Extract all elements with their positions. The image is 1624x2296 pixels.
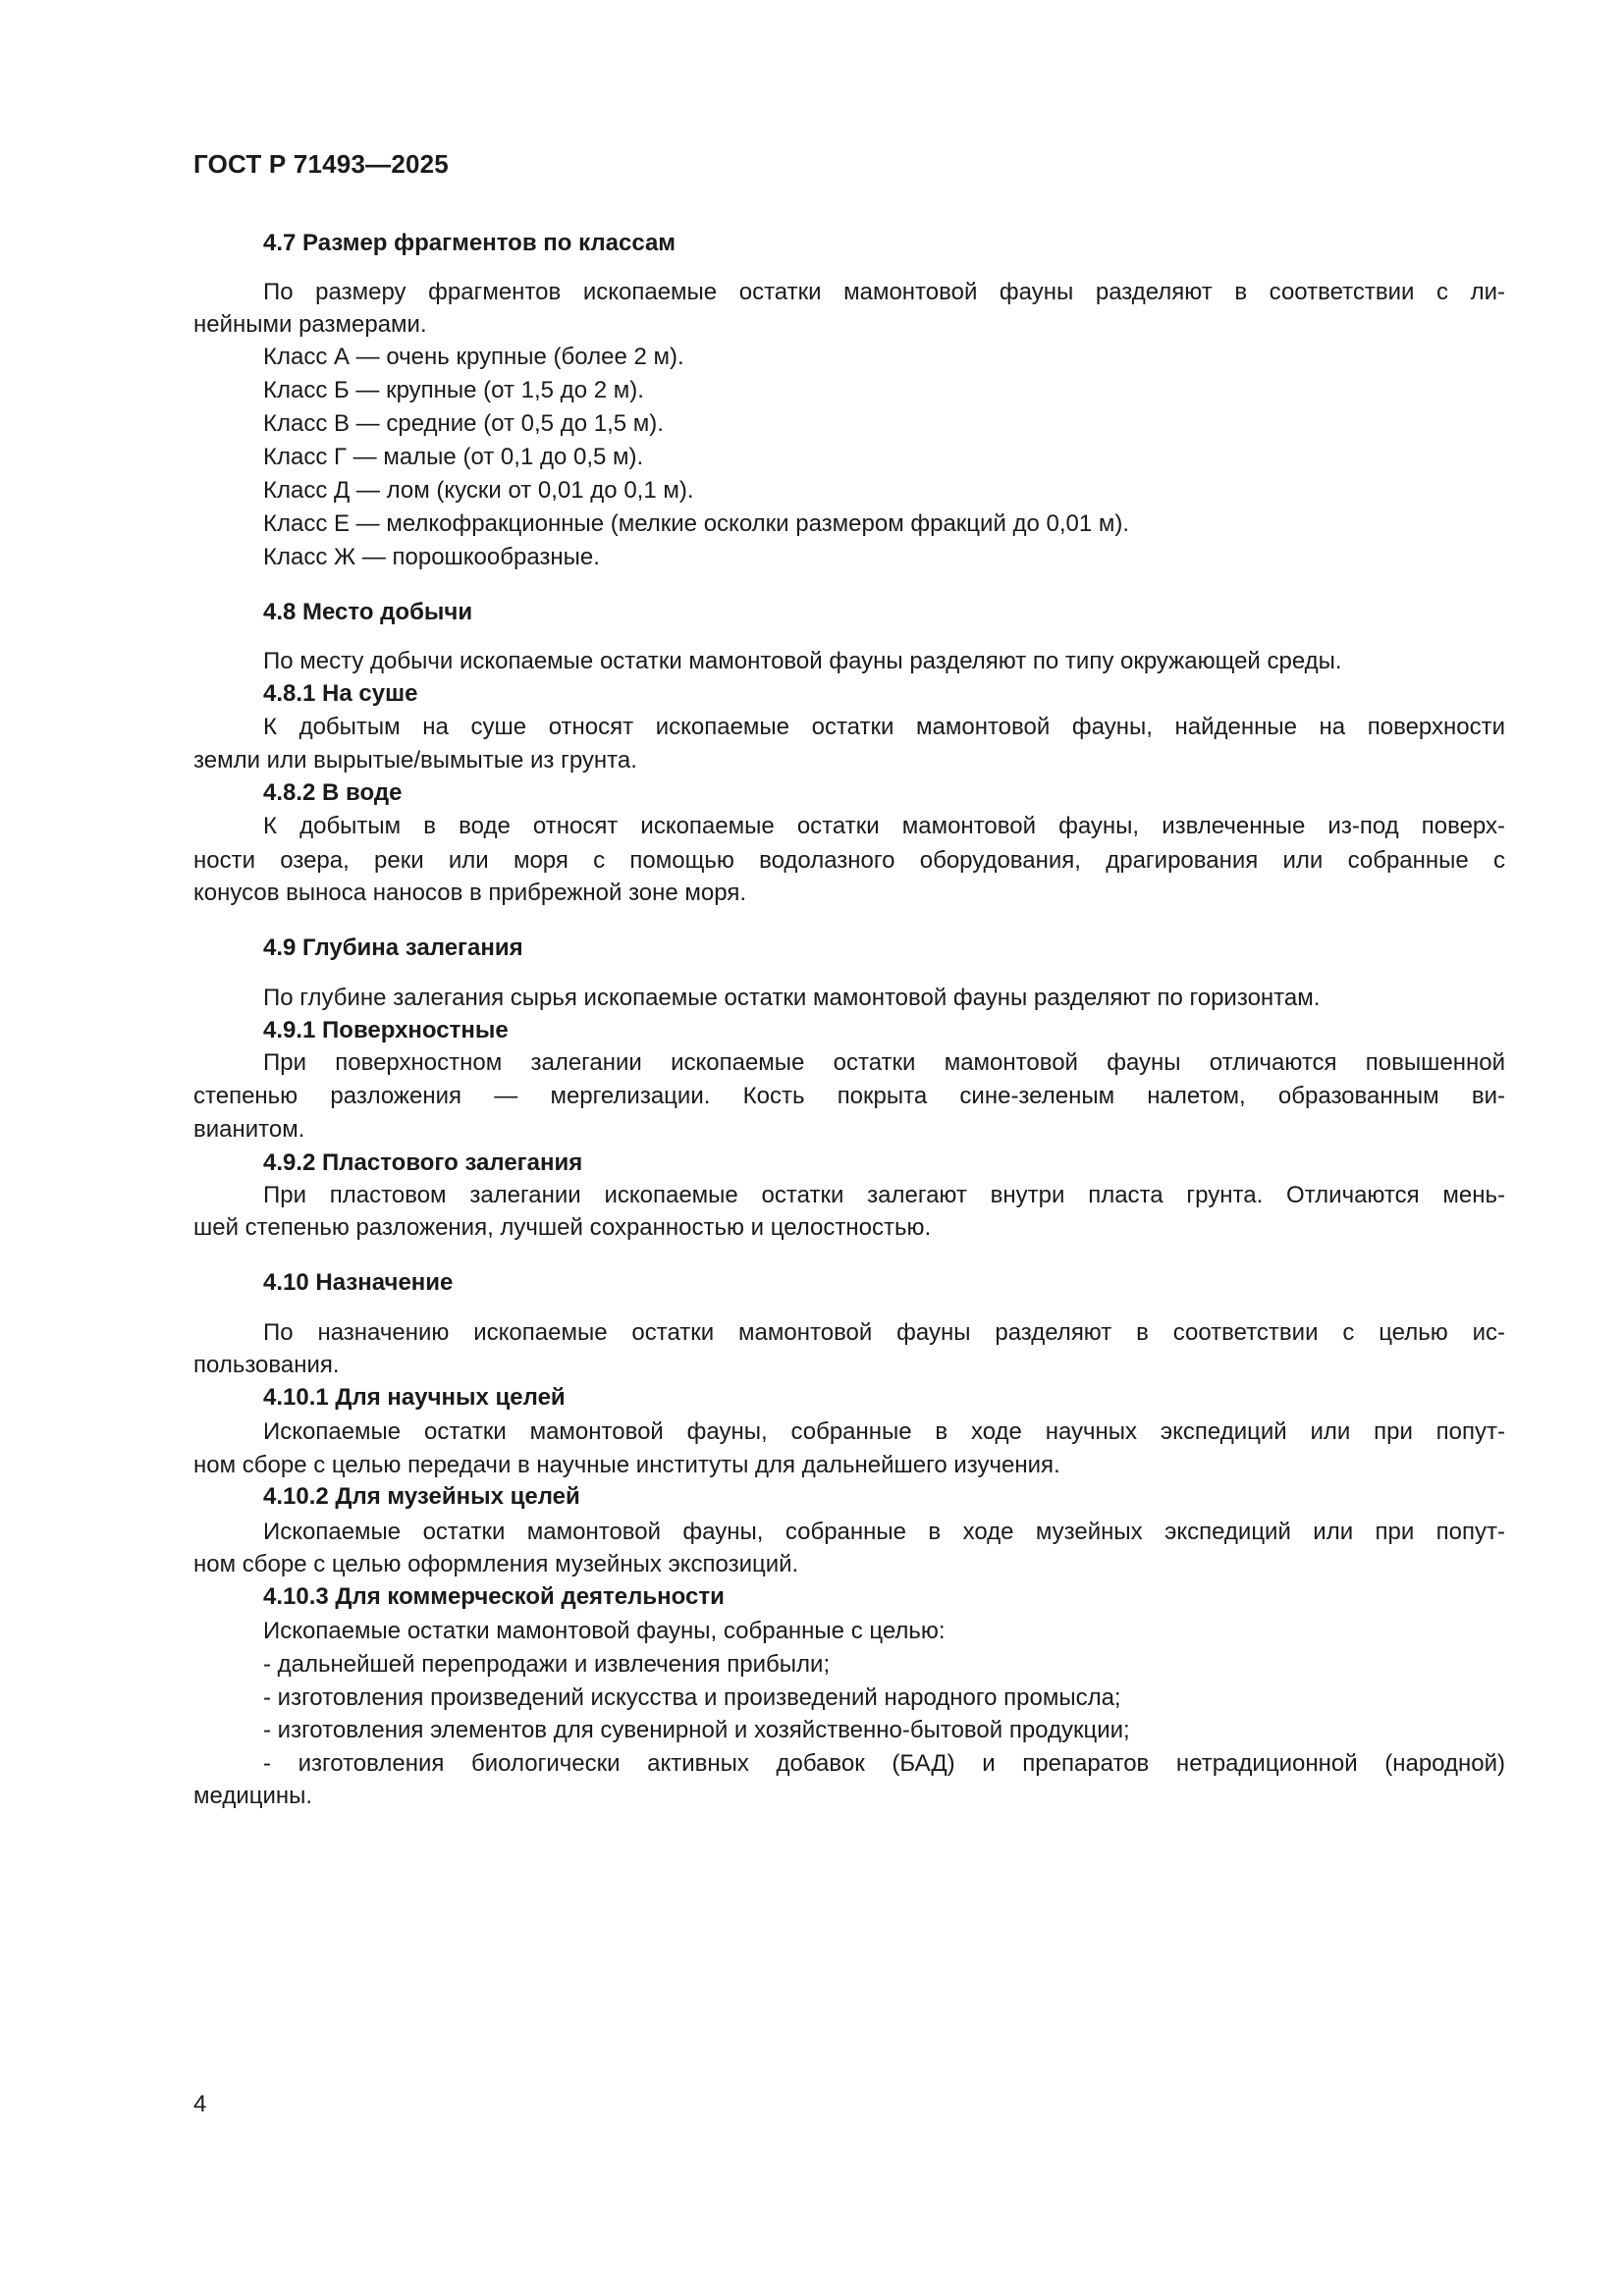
subsection-heading-4-8-2: 4.8.2 В воде <box>193 776 1505 810</box>
subsection-heading-4-10-1: 4.10.1 Для научных целей <box>193 1381 1505 1415</box>
section-heading-4-9: 4.9 Глубина залегания <box>193 932 1505 965</box>
paragraph-line: При поверхностном залегании ископаемые о… <box>193 1046 1505 1080</box>
bullet-item: - изготовления биологически активных доб… <box>193 1747 1505 1781</box>
paragraph-line: конусов выноса наносов в прибрежной зоне… <box>193 877 1505 910</box>
page-number: 4 <box>193 2091 206 2118</box>
class-item: Класс Е — мелкофракционные (мелкие оскол… <box>193 507 1505 541</box>
paragraph-line: По глубине залегания сырья ископаемые ос… <box>193 982 1505 1015</box>
class-item: Класс Б — крупные (от 1,5 до 2 м). <box>193 374 1505 407</box>
paragraph-line: По месту добычи ископаемые остатки мамон… <box>193 645 1505 678</box>
section-heading-4-10: 4.10 Назначение <box>193 1266 1505 1300</box>
paragraph-line: К добытым на суше относят ископаемые ост… <box>193 711 1505 744</box>
paragraph-line: При пластовом залегании ископаемые остат… <box>193 1179 1505 1212</box>
document-page: ГОСТ Р 71493—2025 4.7 Размер фрагментов … <box>0 0 1624 2296</box>
bullet-item-continuation: медицины. <box>193 1780 1505 1813</box>
class-item: Класс Ж — порошкообразные. <box>193 541 1505 574</box>
paragraph-line: вианитом. <box>193 1113 1505 1147</box>
class-item: Класс Г — малые (от 0,1 до 0,5 м). <box>193 441 1505 474</box>
document-header: ГОСТ Р 71493—2025 <box>193 149 449 180</box>
class-item: Класс А — очень крупные (более 2 м). <box>193 341 1505 374</box>
paragraph-line: земли или вырытые/вымытые из грунта. <box>193 744 1505 777</box>
paragraph-line: пользования. <box>193 1349 1505 1382</box>
bullet-item: - дальнейшей перепродажи и извлечения пр… <box>193 1648 1505 1682</box>
paragraph-line: нейными размерами. <box>193 308 1505 342</box>
paragraph-line: шей степенью разложения, лучшей сохранно… <box>193 1211 1505 1245</box>
bullet-item: - изготовления произведений искусства и … <box>193 1682 1505 1715</box>
paragraph-line: К добытым в воде относят ископаемые оста… <box>193 810 1505 843</box>
paragraph-line: Ископаемые остатки мамонтовой фауны, соб… <box>193 1516 1505 1549</box>
section-heading-4-7: 4.7 Размер фрагментов по классам <box>193 227 1505 260</box>
section-heading-4-8: 4.8 Место добычи <box>193 596 1505 629</box>
paragraph-line: ном сборе с целью передачи в научные инс… <box>193 1449 1505 1482</box>
subsection-heading-4-10-3: 4.10.3 Для коммерческой деятельности <box>193 1580 1505 1614</box>
paragraph-line: степенью разложения — мергелизации. Кост… <box>193 1080 1505 1113</box>
subsection-heading-4-9-2: 4.9.2 Пластового залегания <box>193 1147 1505 1180</box>
paragraph-line: По назначению ископаемые остатки мамонто… <box>193 1316 1505 1350</box>
subsection-heading-4-9-1: 4.9.1 Поверхностные <box>193 1014 1505 1047</box>
subsection-heading-4-10-2: 4.10.2 Для музейных целей <box>193 1480 1505 1514</box>
paragraph-line: Ископаемые остатки мамонтовой фауны, соб… <box>193 1615 1505 1648</box>
subsection-heading-4-8-1: 4.8.1 На суше <box>193 677 1505 711</box>
class-item: Класс В — средние (от 0,5 до 1,5 м). <box>193 407 1505 441</box>
paragraph-line: ном сборе с целью оформления музейных эк… <box>193 1548 1505 1581</box>
class-item: Класс Д — лом (куски от 0,01 до 0,1 м). <box>193 474 1505 507</box>
paragraph-line: ности озера, реки или моря с помощью вод… <box>193 844 1505 878</box>
bullet-item: - изготовления элементов для сувенирной … <box>193 1714 1505 1747</box>
paragraph-line: По размеру фрагментов ископаемые остатки… <box>193 276 1505 309</box>
paragraph-line: Ископаемые остатки мамонтовой фауны, соб… <box>193 1415 1505 1449</box>
